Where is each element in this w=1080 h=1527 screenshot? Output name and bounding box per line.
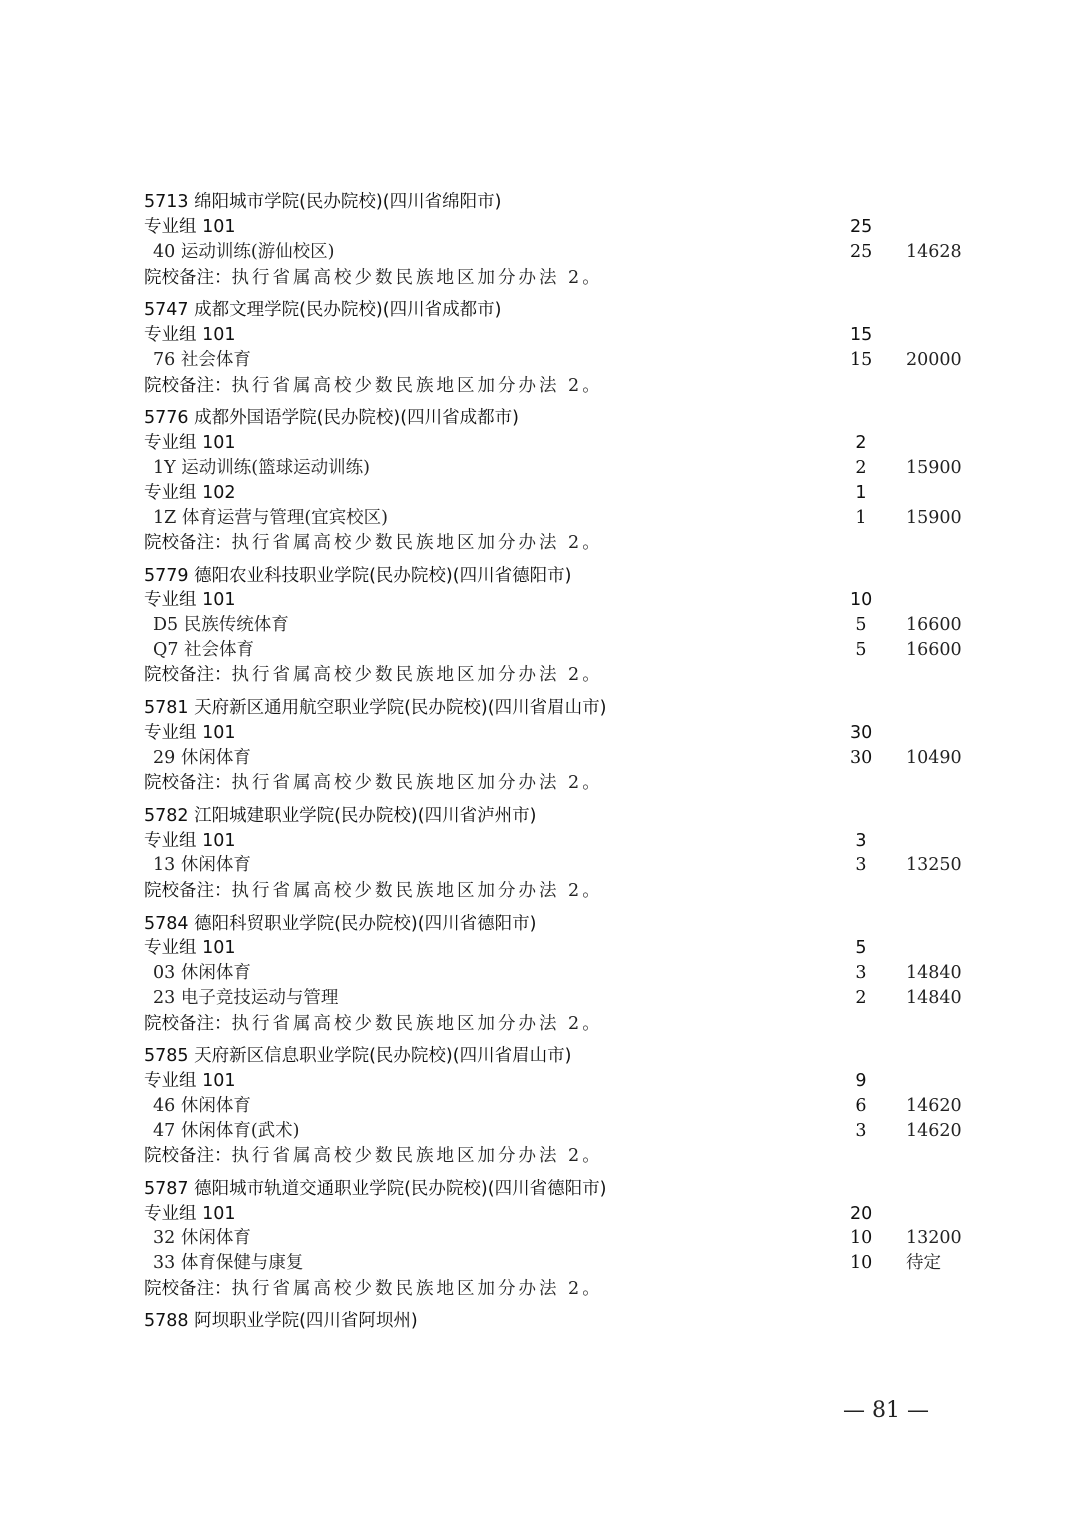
school-title: 5784 德阳科贸职业学院(民办院校)(四川省德阳市): [144, 912, 536, 937]
major-plan: 3: [850, 853, 872, 878]
major-name: Q7 社会体育: [153, 638, 254, 663]
school-note: 院校备注：执行省属高校少数民族地区加分办法 2。: [144, 770, 603, 795]
major-plan: 30: [850, 746, 872, 771]
school-note: 院校备注：执行省属高校少数民族地区加分办法 2。: [144, 265, 603, 290]
major-fee: 14840: [906, 986, 962, 1011]
major-name: D5 民族传统体育: [153, 613, 289, 638]
note-label: 院校备注：: [144, 376, 232, 396]
group-plan: 1: [850, 481, 872, 506]
school-title: 5788 阿坝职业学院(四川省阿坝州): [144, 1309, 418, 1334]
major-name: 29 休闲体育: [153, 746, 251, 771]
school-title: 5779 德阳农业科技职业学院(民办院校)(四川省德阳市): [144, 564, 571, 589]
group-label: 专业组 101: [144, 936, 235, 961]
major-name: 03 休闲体育: [153, 961, 251, 986]
note-label: 院校备注：: [144, 773, 232, 793]
major-fee: 13200: [906, 1226, 962, 1251]
note-label: 院校备注：: [144, 665, 232, 685]
school-title: 5787 德阳城市轨道交通职业学院(民办院校)(四川省德阳市): [144, 1177, 606, 1202]
major-fee: 14840: [906, 961, 962, 986]
note-label: 院校备注：: [144, 533, 232, 553]
note-text: 执行省属高校少数民族地区加分办法 2。: [232, 533, 603, 553]
group-plan: 10: [850, 588, 872, 613]
note-text: 执行省属高校少数民族地区加分办法 2。: [232, 376, 603, 396]
major-fee: 13250: [906, 853, 962, 878]
major-name: 23 电子竞技运动与管理: [153, 986, 338, 1011]
major-name: 46 休闲体育: [153, 1094, 251, 1119]
group-label: 专业组 102: [144, 481, 235, 506]
group-plan: 20: [850, 1202, 872, 1227]
major-plan: 6: [850, 1094, 872, 1119]
major-fee: 14620: [906, 1094, 962, 1119]
major-fee: 16600: [906, 613, 962, 638]
group-plan: 30: [850, 721, 872, 746]
major-plan: 3: [850, 961, 872, 986]
major-name: 76 社会体育: [153, 348, 251, 373]
major-fee: 16600: [906, 638, 962, 663]
major-plan: 5: [850, 613, 872, 638]
document-page: 5713 绵阳城市学院(民办院校)(四川省绵阳市) 专业组 101 25 40 …: [0, 0, 1080, 1527]
page-number: — 81 —: [843, 1398, 929, 1423]
group-label: 专业组 101: [144, 829, 235, 854]
group-label: 专业组 101: [144, 431, 235, 456]
major-plan: 1: [850, 506, 872, 531]
major-plan: 3: [850, 1119, 872, 1144]
group-label: 专业组 101: [144, 323, 235, 348]
major-plan: 25: [850, 240, 872, 265]
major-plan: 10: [850, 1226, 872, 1251]
group-plan: 25: [850, 215, 872, 240]
group-label: 专业组 101: [144, 588, 235, 613]
school-title: 5781 天府新区通用航空职业学院(民办院校)(四川省眉山市): [144, 696, 606, 721]
major-fee: 20000: [906, 348, 962, 373]
school-note: 院校备注：执行省属高校少数民族地区加分办法 2。: [144, 1011, 603, 1036]
group-label: 专业组 101: [144, 721, 235, 746]
group-label: 专业组 101: [144, 215, 235, 240]
major-name: 1Y 运动训练(篮球运动训练): [153, 456, 370, 481]
note-text: 执行省属高校少数民族地区加分办法 2。: [232, 268, 603, 288]
major-plan: 5: [850, 638, 872, 663]
major-fee: 14620: [906, 1119, 962, 1144]
group-plan: 9: [850, 1069, 872, 1094]
note-text: 执行省属高校少数民族地区加分办法 2。: [232, 881, 603, 901]
major-plan: 15: [850, 348, 872, 373]
major-fee: 14628: [906, 240, 962, 265]
school-title: 5782 江阳城建职业学院(民办院校)(四川省泸州市): [144, 804, 536, 829]
school-title: 5776 成都外国语学院(民办院校)(四川省成都市): [144, 406, 519, 431]
group-label: 专业组 101: [144, 1202, 235, 1227]
school-note: 院校备注：执行省属高校少数民族地区加分办法 2。: [144, 662, 603, 687]
school-title: 5747 成都文理学院(民办院校)(四川省成都市): [144, 298, 501, 323]
note-label: 院校备注：: [144, 1014, 232, 1034]
group-label: 专业组 101: [144, 1069, 235, 1094]
note-text: 执行省属高校少数民族地区加分办法 2。: [232, 1279, 603, 1299]
school-note: 院校备注：执行省属高校少数民族地区加分办法 2。: [144, 530, 603, 555]
note-label: 院校备注：: [144, 1279, 232, 1299]
school-note: 院校备注：执行省属高校少数民族地区加分办法 2。: [144, 878, 603, 903]
note-text: 执行省属高校少数民族地区加分办法 2。: [232, 665, 603, 685]
group-plan: 15: [850, 323, 872, 348]
school-title: 5785 天府新区信息职业学院(民办院校)(四川省眉山市): [144, 1044, 571, 1069]
group-plan: 3: [850, 829, 872, 854]
note-text: 执行省属高校少数民族地区加分办法 2。: [232, 773, 603, 793]
major-name: 1Z 体育运营与管理(宜宾校区): [153, 506, 388, 531]
major-fee: 15900: [906, 506, 962, 531]
school-title: 5713 绵阳城市学院(民办院校)(四川省绵阳市): [144, 190, 501, 215]
major-name: 32 休闲体育: [153, 1226, 251, 1251]
school-note: 院校备注：执行省属高校少数民族地区加分办法 2。: [144, 1276, 603, 1301]
note-text: 执行省属高校少数民族地区加分办法 2。: [232, 1146, 603, 1166]
note-label: 院校备注：: [144, 268, 232, 288]
major-name: 40 运动训练(游仙校区): [153, 240, 335, 265]
group-plan: 2: [850, 431, 872, 456]
major-fee: 待定: [906, 1251, 941, 1276]
school-note: 院校备注：执行省属高校少数民族地区加分办法 2。: [144, 373, 603, 398]
school-note: 院校备注：执行省属高校少数民族地区加分办法 2。: [144, 1143, 603, 1168]
major-fee: 10490: [906, 746, 962, 771]
major-plan: 2: [850, 456, 872, 481]
major-fee: 15900: [906, 456, 962, 481]
major-plan: 2: [850, 986, 872, 1011]
major-name: 13 休闲体育: [153, 853, 251, 878]
note-label: 院校备注：: [144, 1146, 232, 1166]
note-label: 院校备注：: [144, 881, 232, 901]
major-name: 33 体育保健与康复: [153, 1251, 303, 1276]
note-text: 执行省属高校少数民族地区加分办法 2。: [232, 1014, 603, 1034]
group-plan: 5: [850, 936, 872, 961]
major-name: 47 休闲体育(武术): [153, 1119, 300, 1144]
major-plan: 10: [850, 1251, 872, 1276]
